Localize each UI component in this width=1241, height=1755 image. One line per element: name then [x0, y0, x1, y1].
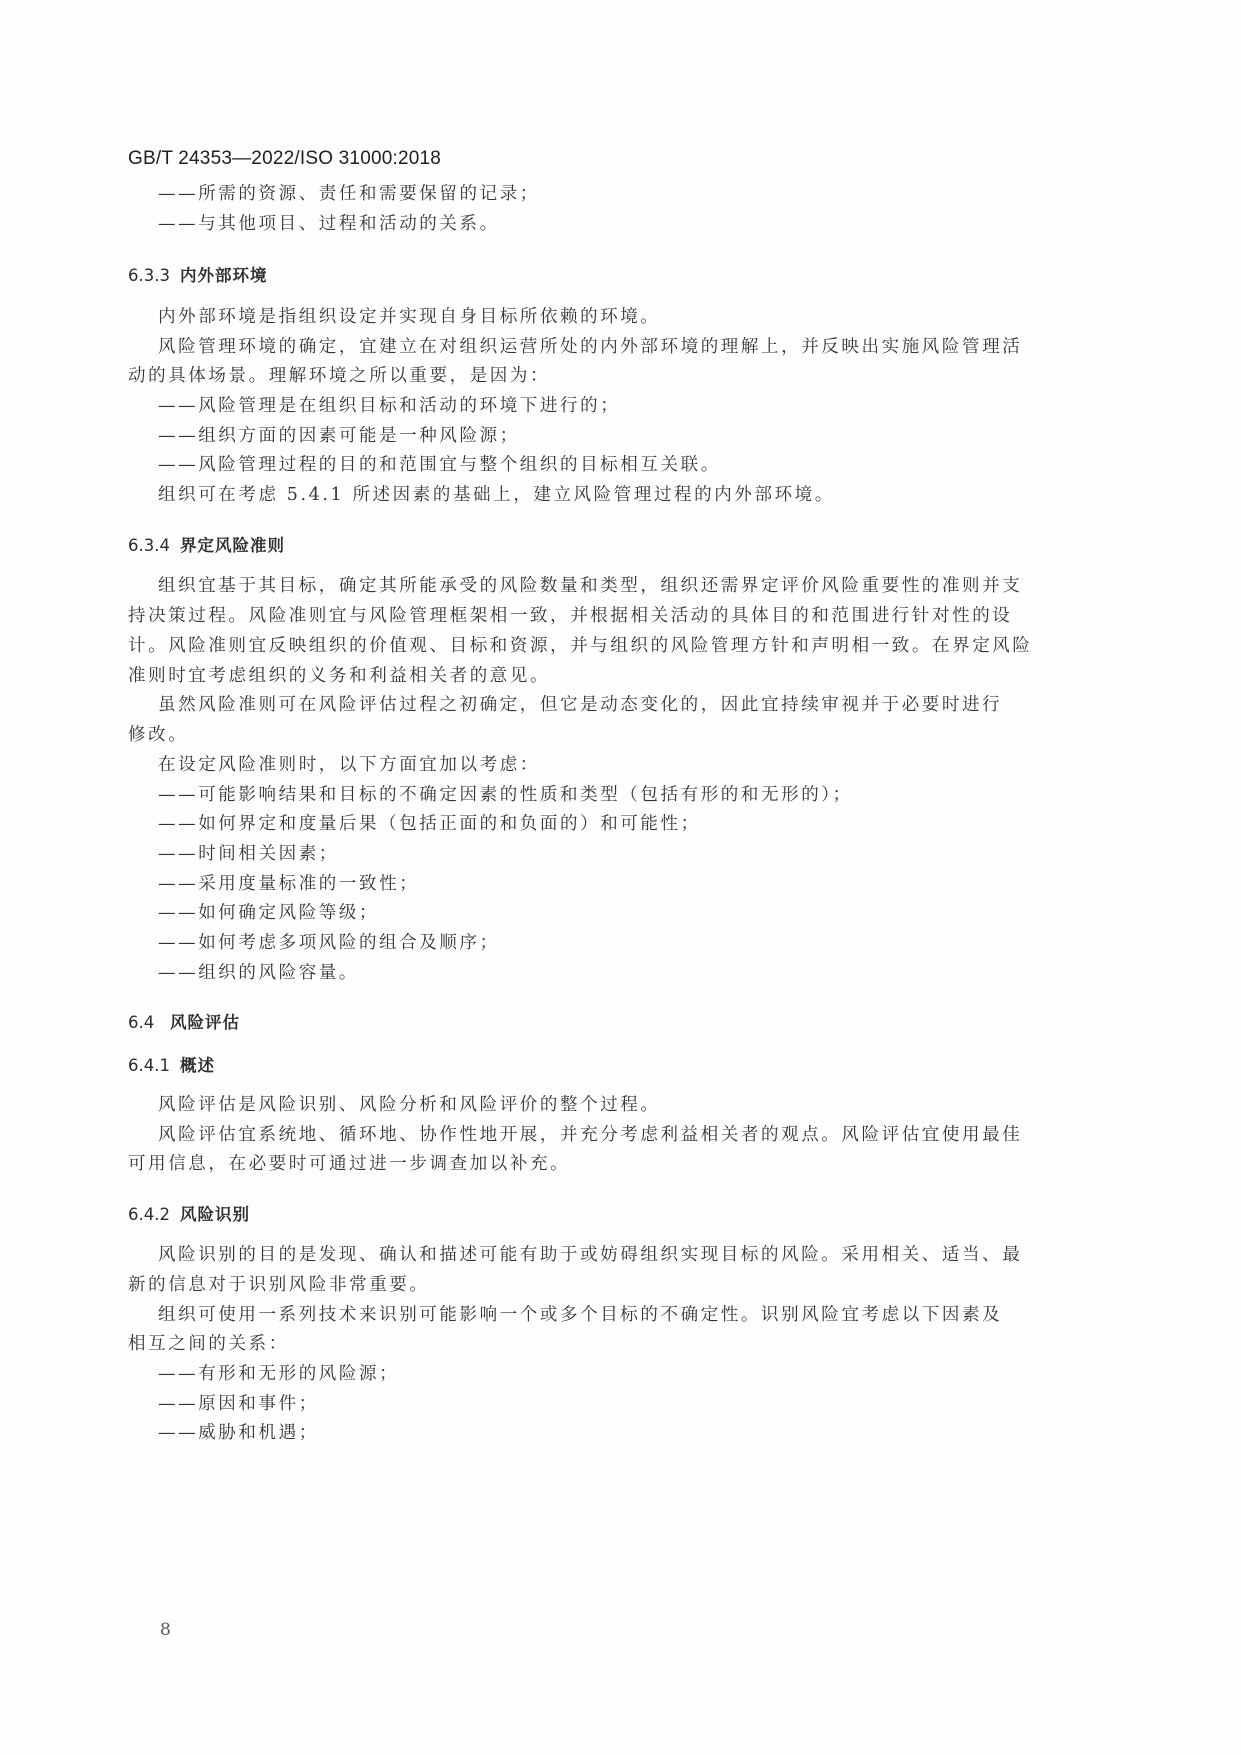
- paragraph-line: 相互之间的关系：: [128, 1332, 289, 1356]
- list-item: ——威胁和机遇；: [158, 1421, 319, 1445]
- section-title: 概述: [180, 1056, 215, 1075]
- section-heading-6-3-4: 6.3.4界定风险准则: [128, 532, 285, 556]
- list-item: ——有形和无形的风险源；: [158, 1362, 399, 1386]
- section-heading-6-4: 6.4风险评估: [128, 1009, 240, 1033]
- list-item: ——原因和事件；: [158, 1392, 319, 1416]
- list-item: ——如何确定风险等级；: [158, 901, 379, 925]
- section-number: 6.4.2: [128, 1205, 180, 1224]
- list-item: ——与其他项目、过程和活动的关系。: [158, 212, 500, 236]
- paragraph-line: 新的信息对于识别风险非常重要。: [128, 1273, 430, 1297]
- paragraph-line: 内外部环境是指组织设定并实现自身目标所依赖的环境。: [158, 305, 661, 329]
- paragraph-line: 组织可使用一系列技术来识别可能影响一个或多个目标的不确定性。识别风险宜考虑以下因…: [158, 1303, 1002, 1327]
- paragraph-line: 风险管理环境的确定，宜建立在对组织运营所处的内外部环境的理解上，并反映出实施风险…: [158, 335, 1022, 359]
- list-item: ——风险管理过程的目的和范围宜与整个组织的目标相互关联。: [158, 453, 721, 477]
- page-number: 8: [160, 1620, 171, 1640]
- section-heading-6-4-1: 6.4.1概述: [128, 1052, 215, 1076]
- paragraph-line: 风险识别的目的是发现、确认和描述可能有助于或妨碍组织实现目标的风险。采用相关、适…: [158, 1243, 1022, 1267]
- paragraph-line: 准则时宜考虑组织的义务和利益相关者的意见。: [128, 664, 550, 688]
- paragraph-line: 修改。: [128, 723, 188, 747]
- standard-id: GB/T 24353—2022/ISO 31000:2018: [128, 148, 441, 169]
- paragraph-line: 在设定风险准则时，以下方面宜加以考虑：: [158, 753, 540, 777]
- section-title: 界定风险准则: [180, 536, 285, 555]
- paragraph-line: 动的具体场景。理解环境之所以重要，是因为：: [128, 364, 550, 388]
- document-page: GB/T 24353—2022/ISO 31000:2018 ——所需的资源、责…: [0, 0, 1241, 1755]
- list-item: ——如何考虑多项风险的组合及顺序；: [158, 931, 500, 955]
- paragraph-line: 计。风险准则宜反映组织的价值观、目标和资源，并与组织的风险管理方针和声明相一致。…: [128, 634, 1033, 658]
- paragraph-line: 组织可在考虑 5.4.1 所述因素的基础上，建立风险管理过程的内外部环境。: [158, 483, 835, 507]
- list-item: ——采用度量标准的一致性；: [158, 872, 419, 896]
- list-item: ——可能影响结果和目标的不确定因素的性质和类型（包括有形的和无形的）；: [158, 783, 853, 807]
- list-item: ——组织的风险容量。: [158, 961, 359, 985]
- section-title: 风险识别: [180, 1205, 250, 1224]
- section-title: 内外部环境: [180, 266, 268, 285]
- section-number: 6.3.4: [128, 536, 180, 555]
- list-item: ——所需的资源、责任和需要保留的记录；: [158, 182, 540, 206]
- paragraph-line: 组织宜基于其目标，确定其所能承受的风险数量和类型，组织还需界定评价风险重要性的准…: [158, 574, 1022, 598]
- paragraph-line: 风险评估宜系统地、循环地、协作性地开展，并充分考虑利益相关者的观点。风险评估宜使…: [158, 1123, 1022, 1147]
- section-number: 6.4.1: [128, 1056, 180, 1075]
- paragraph-line: 虽然风险准则可在风险评估过程之初确定，但它是动态变化的，因此宜持续审视并于必要时…: [158, 693, 1002, 717]
- section-heading-6-4-2: 6.4.2风险识别: [128, 1201, 250, 1225]
- section-heading-6-3-3: 6.3.3内外部环境: [128, 262, 268, 286]
- list-item: ——组织方面的因素可能是一种风险源；: [158, 424, 520, 448]
- section-title: 风险评估: [170, 1013, 240, 1032]
- list-item: ——如何界定和度量后果（包括正面的和负面的）和可能性；: [158, 812, 701, 836]
- list-item: ——时间相关因素；: [158, 842, 339, 866]
- section-number: 6.4: [128, 1013, 170, 1032]
- section-number: 6.3.3: [128, 266, 180, 285]
- paragraph-line: 持决策过程。风险准则宜与风险管理框架相一致，并根据相关活动的具体目的和范围进行针…: [128, 604, 1012, 628]
- paragraph-line: 风险评估是风险识别、风险分析和风险评价的整个过程。: [158, 1093, 661, 1117]
- list-item: ——风险管理是在组织目标和活动的环境下进行的；: [158, 394, 620, 418]
- standard-header: GB/T 24353—2022/ISO 31000:2018: [128, 148, 441, 170]
- paragraph-line: 可用信息，在必要时可通过进一步调查加以补充。: [128, 1152, 570, 1176]
